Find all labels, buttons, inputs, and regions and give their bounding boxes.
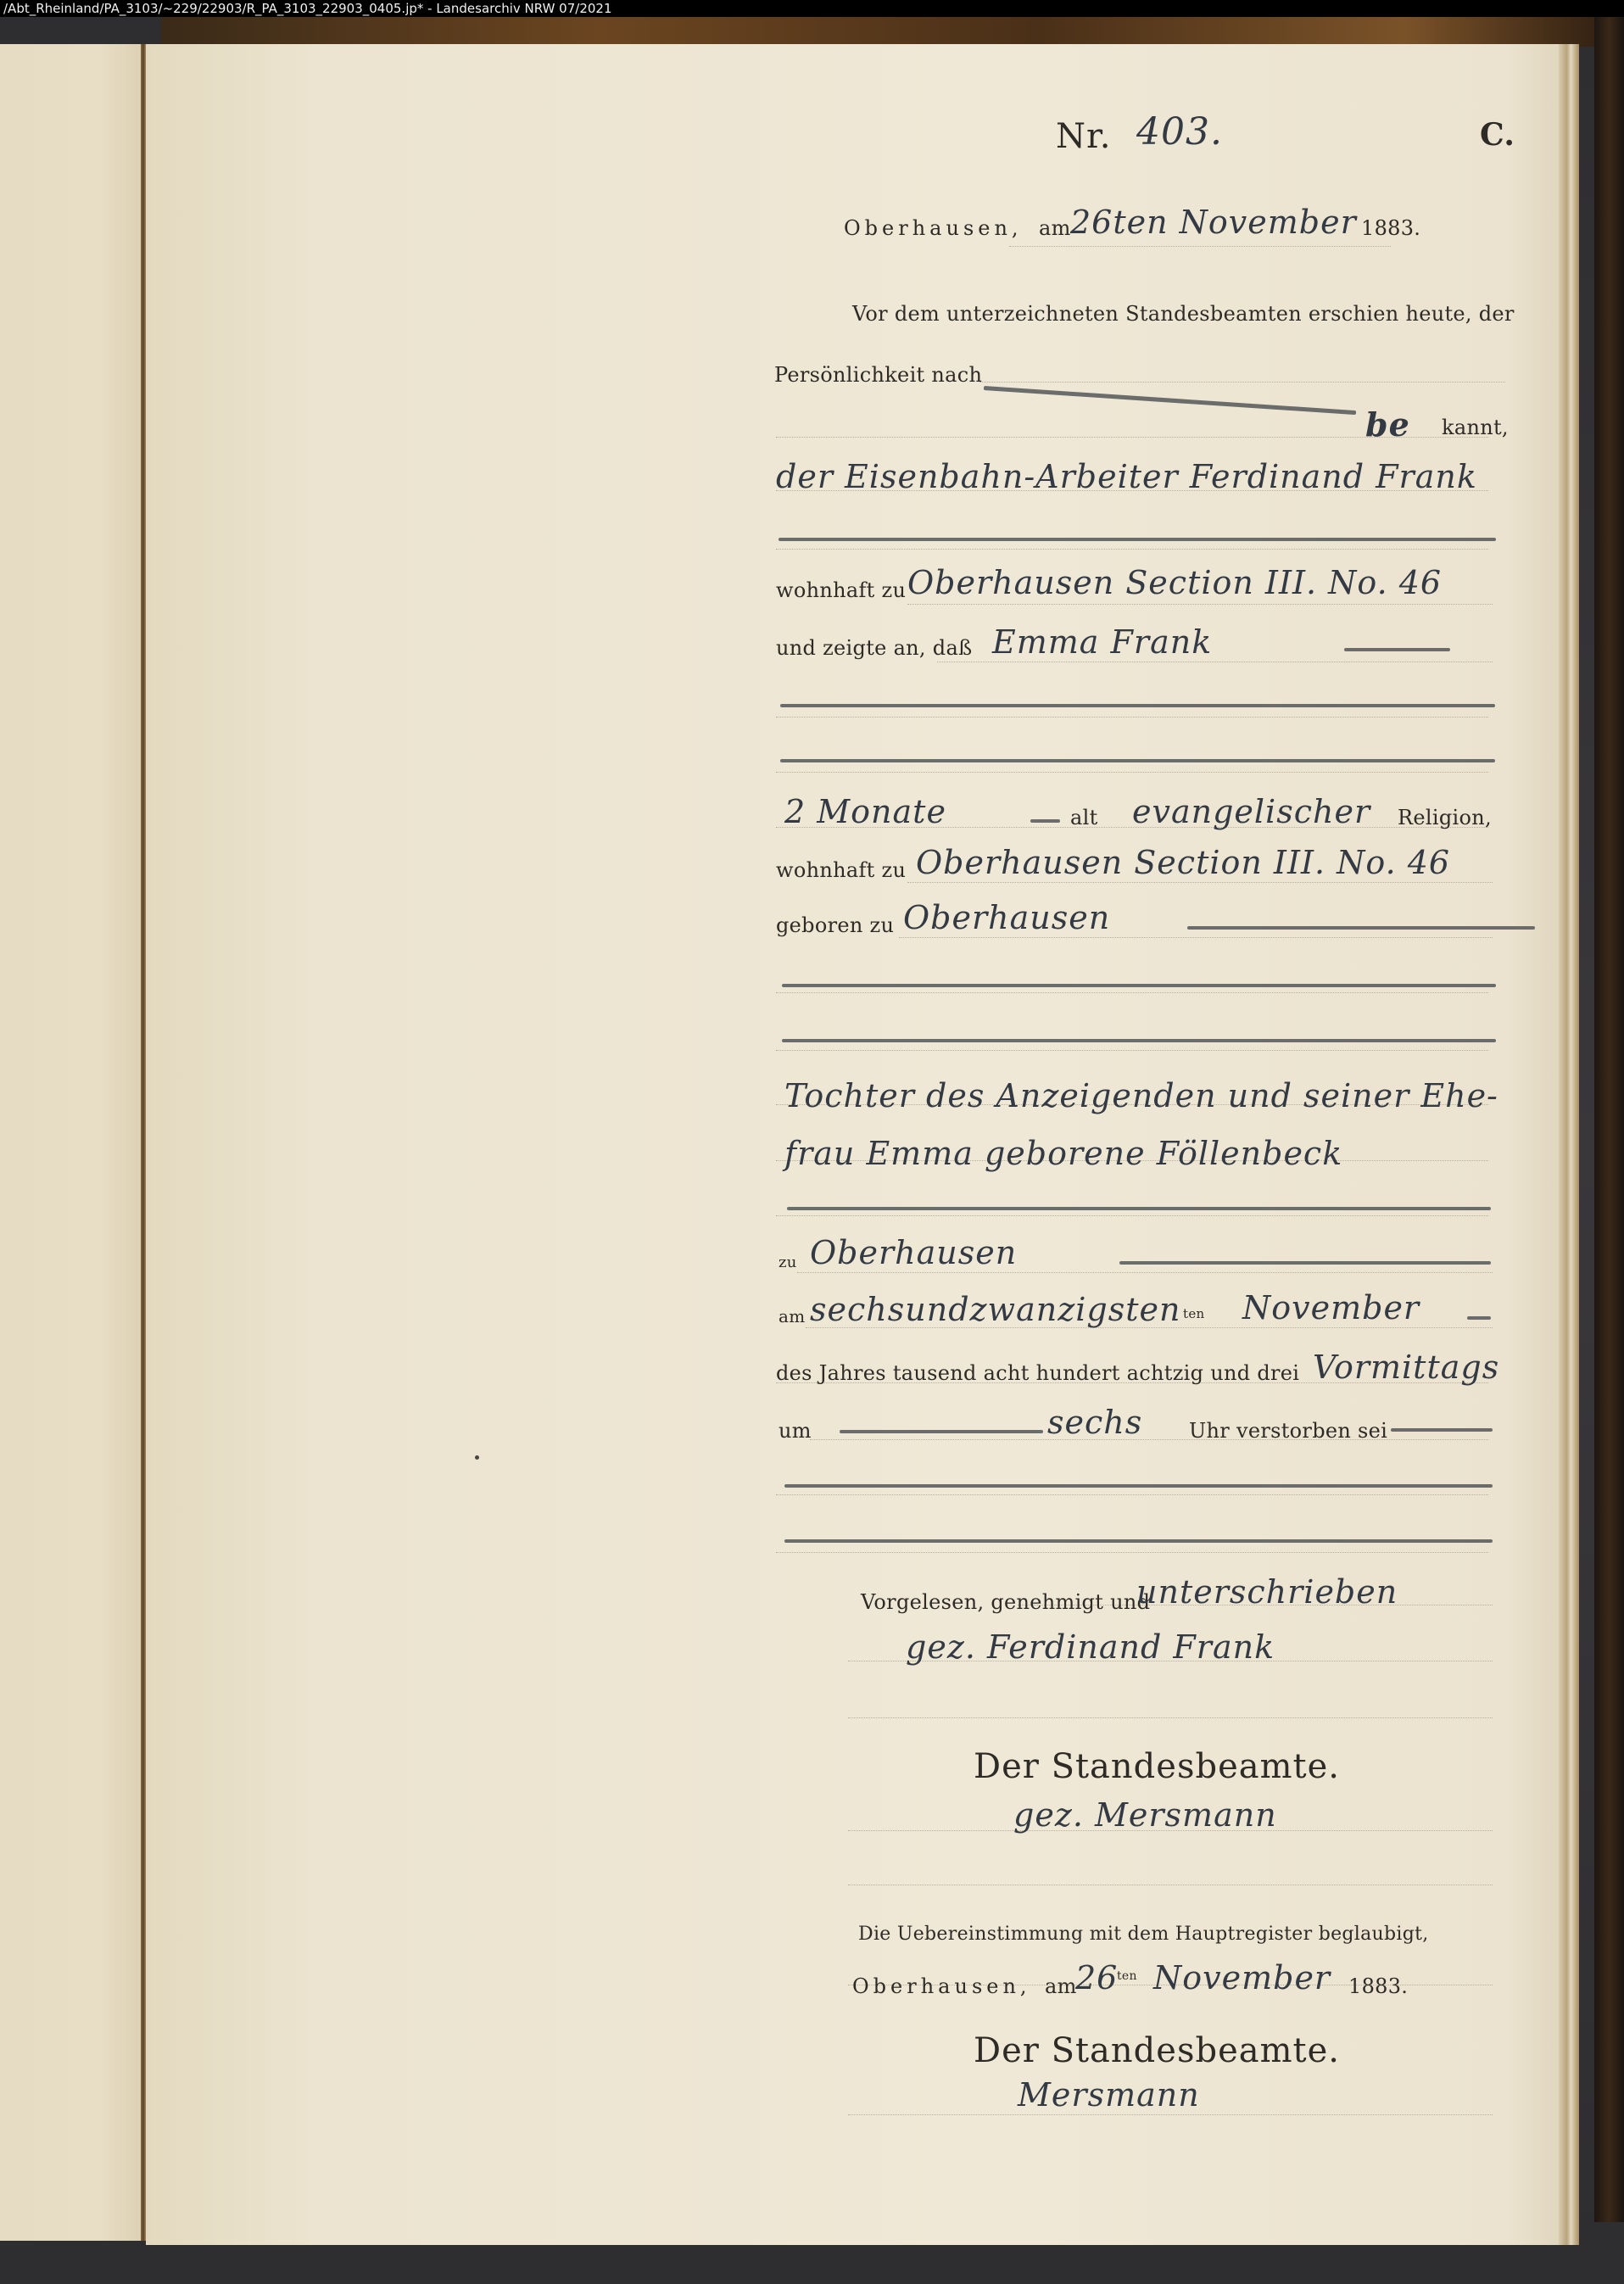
cert-month-hand: November: [1153, 1959, 1331, 1996]
ink-dash: [1467, 1316, 1491, 1320]
cert-am: am: [1045, 1974, 1077, 1998]
alt-label: alt: [1070, 806, 1098, 829]
guide-line: [776, 1215, 1488, 1216]
hour-hand: sechs: [1047, 1404, 1142, 1441]
window-title-bar: /Abt_Rheinland/PA_3103/~229/22903/R_PA_3…: [0, 0, 1624, 17]
record-letter: C.: [1480, 117, 1515, 153]
death-month-hand: November: [1242, 1289, 1420, 1326]
time-of-day-hand: Vormittags: [1313, 1349, 1499, 1386]
parents-line2-hand: frau Emma geborene Föllenbeck: [784, 1135, 1342, 1172]
guide-line: [776, 1494, 1488, 1495]
guide-line: [776, 1552, 1488, 1553]
left-page: [0, 44, 141, 2241]
ink-rule: [784, 1484, 1493, 1488]
ink-rule: [1391, 1428, 1493, 1432]
bekannt-suffix: kannt,: [1442, 416, 1509, 439]
death-day-hand: sechsundzwanzigsten: [810, 1291, 1180, 1328]
age-hand: 2 Monate: [784, 793, 946, 830]
guide-line: [907, 604, 1493, 605]
ink-rule: [1344, 648, 1450, 651]
official-signature-2-hand: Mersmann: [1018, 2076, 1200, 2114]
wohnhaft-label-2: wohnhaft zu: [776, 858, 906, 882]
declarant-signature-hand: gez. Ferdinand Frank: [906, 1628, 1275, 1666]
ink-rule: [1187, 926, 1535, 930]
record-number: 403.: [1136, 110, 1223, 154]
bekannt-prefix-hand: be: [1365, 405, 1410, 444]
official-title-2: Der Standesbeamte.: [974, 2031, 1340, 2070]
am-label: am: [779, 1306, 806, 1326]
religion-label: Religion,: [1398, 806, 1492, 829]
guide-line: [848, 1885, 1493, 1885]
window-title: /Abt_Rheinland/PA_3103/~229/22903/R_PA_3…: [3, 1, 612, 16]
deceased-name-hand: Emma Frank: [992, 623, 1212, 661]
official-signature-hand: gez. Mersmann: [1013, 1796, 1277, 1834]
zu-label: zu: [779, 1254, 797, 1271]
wohnhaft-label: wohnhaft zu: [776, 578, 906, 602]
cert-day-suffix: ten: [1117, 1969, 1137, 1983]
guide-line: [776, 1050, 1488, 1051]
guide-line: [848, 2114, 1493, 2115]
ink-rule: [1119, 1261, 1491, 1265]
official-title: Der Standesbeamte.: [974, 1747, 1340, 1786]
persoenlichkeit-label: Persönlichkeit nach: [774, 363, 982, 387]
ink-rule: [780, 704, 1495, 707]
ink-rule: [787, 1207, 1491, 1210]
guide-line: [848, 1717, 1493, 1718]
guide-line: [797, 1272, 1493, 1273]
cert-place: Oberhausen,: [852, 1974, 1031, 1998]
death-day-suffix: ten: [1183, 1306, 1204, 1321]
page-stack-edge: [1559, 44, 1579, 2245]
book-cover-edge: [161, 17, 1624, 47]
parents-line1-hand: Tochter des Anzeigenden und seiner Ehe-: [784, 1077, 1498, 1114]
guide-line: [776, 992, 1488, 993]
um-label: um: [779, 1419, 812, 1443]
year-text: des Jahres tausend acht hundert achtzig …: [776, 1361, 1299, 1385]
birthplace-hand: Oberhausen: [903, 899, 1110, 936]
date-handwritten: 26ten November: [1070, 204, 1357, 241]
guide-line: [776, 717, 1488, 718]
declarant-hand: der Eisenbahn-Arbeiter Ferdinand Frank: [776, 458, 1477, 495]
record-number-label: Nr.: [1056, 117, 1111, 156]
guide-line: [979, 382, 1505, 383]
ink-rule: [782, 984, 1496, 987]
place-printed: Oberhausen,: [844, 216, 1023, 240]
guide-line: [776, 772, 1488, 773]
verstorben-text: Uhr verstorben sei: [1189, 1419, 1387, 1443]
religion-hand: evangelischer: [1132, 793, 1370, 830]
vorgelesen-text: Vorgelesen, genehmigt und: [861, 1590, 1150, 1614]
cert-year: 1883.: [1348, 1974, 1408, 1998]
cert-day-hand: 26: [1075, 1959, 1118, 1996]
geboren-label: geboren zu: [776, 913, 894, 937]
ink-rule: [840, 1430, 1043, 1433]
death-place-hand: Oberhausen: [810, 1234, 1017, 1271]
ink-rule: [779, 538, 1496, 541]
intro-text: Vor dem unterzeichneten Standesbeamten e…: [852, 302, 1515, 326]
guide-line: [899, 937, 1493, 938]
zeigte-label: und zeigte an, daß: [776, 636, 972, 660]
ink-rule: [784, 1539, 1493, 1543]
certification-text: Die Uebereinstimmung mit dem Hauptregist…: [858, 1924, 1429, 1945]
declarant-residence-hand: Oberhausen Section III. No. 46: [907, 564, 1442, 601]
ink-rule: [782, 1039, 1496, 1042]
guide-line: [907, 882, 1493, 883]
year-printed: 1883.: [1361, 216, 1420, 240]
book-cover-right: [1594, 17, 1624, 2222]
unterschrieben-hand: unterschrieben: [1136, 1573, 1398, 1611]
am-printed: am: [1039, 216, 1071, 240]
paper-speck: [475, 1455, 479, 1460]
guide-line: [1009, 246, 1391, 247]
guide-line: [776, 549, 1488, 550]
guide-line: [937, 662, 1493, 662]
ink-rule: [780, 759, 1495, 762]
deceased-residence-hand: Oberhausen Section III. No. 46: [916, 844, 1450, 881]
ink-dash: [1030, 819, 1060, 823]
